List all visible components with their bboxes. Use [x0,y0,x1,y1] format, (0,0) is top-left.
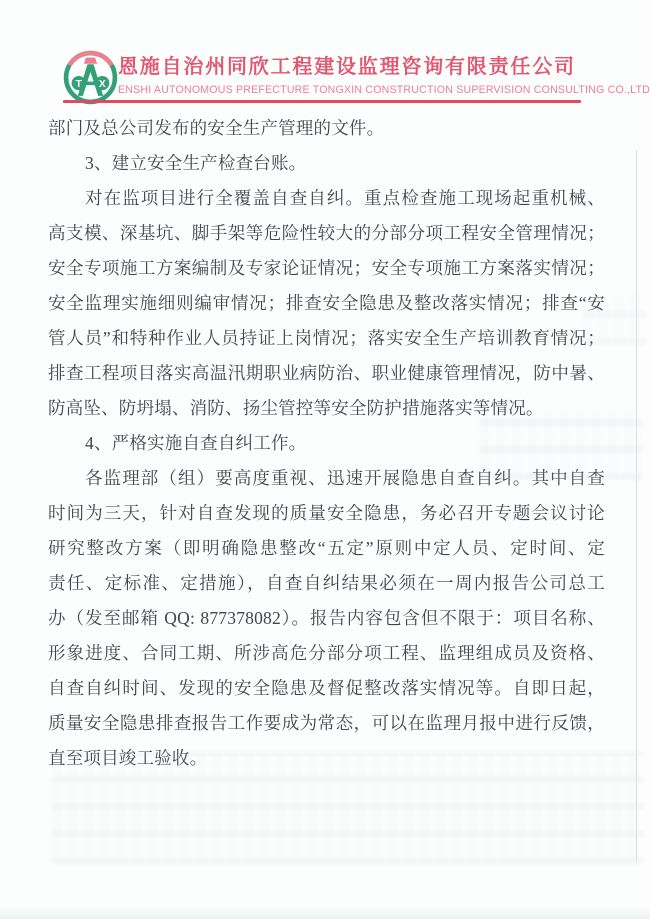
document-line: 质量安全隐患排查报告工作要成为常态，可以在监理月报中进行反馈， [48,706,605,741]
document-line: 管人员”和特种作业人员持证上岗情况；落实安全生产培训教育情况； [48,321,605,356]
company-name-en: ENSHI AUTONOMOUS PREFECTURE TONGXIN CONS… [118,84,577,97]
document-page: T X 恩施自治州同欣工程建设监理咨询有限责任公司 ENSHI AUTONOMO… [0,0,650,919]
document-line: 部门及总公司发布的安全生产管理的文件。 [48,111,605,146]
scan-bottom-shade [0,905,650,919]
scan-edge-line [636,150,637,862]
document-line: 责任、定标准、定措施），自查自纠结果必须在一周内报告公司总工 [48,566,605,601]
document-line: 高支模、深基坑、脚手架等危险性较大的分部分项工程安全管理情况； [48,216,605,251]
document-line: 排查工程项目落实高温汛期职业病防治、职业健康管理情况，防中暑、 [48,356,605,391]
document-line: 形象进度、合同工期、所涉高危分部分项工程、监理组成员及资格、 [48,636,605,671]
show-through-artifact [52,752,644,864]
show-through-artifact [480,412,642,480]
logo-letter-x: X [99,79,106,90]
header-divider-rule [63,100,581,103]
document-line: 研究整改方案（即明确隐患整改“五定”原则中定人员、定时间、定 [48,531,605,566]
letterhead: T X 恩施自治州同欣工程建设监理咨询有限责任公司 ENSHI AUTONOMO… [0,0,650,110]
document-line: 时间为三天，针对自查发现的质量安全隐患，务必召开专题会议讨论 [48,496,605,531]
document-line: 安全专项施工方案编制及专家论证情况；安全专项施工方案落实情况； [48,251,605,286]
company-name-zh: 恩施自治州同欣工程建设监理咨询有限责任公司 [118,53,580,81]
letterhead-titles: 恩施自治州同欣工程建设监理咨询有限责任公司 ENSHI AUTONOMOUS P… [118,53,580,97]
document-line: 安全监理实施细则编审情况；排查安全隐患及整改落实情况；排查“安 [48,286,605,321]
logo-letter-t: T [76,79,83,90]
document-line: 对在监项目进行全覆盖自查自纠。重点检查施工现场起重机械、 [48,181,605,216]
document-line: 3、建立安全生产检查台账。 [48,146,605,181]
document-line: 自查自纠时间、发现的安全隐患及督促整改落实情况等。自即日起， [48,671,605,706]
document-line: 办（发至邮箱 QQ: 877378082）。报告内容包含但不限于：项目名称、 [48,601,605,636]
company-logo-icon: T X [63,50,118,105]
